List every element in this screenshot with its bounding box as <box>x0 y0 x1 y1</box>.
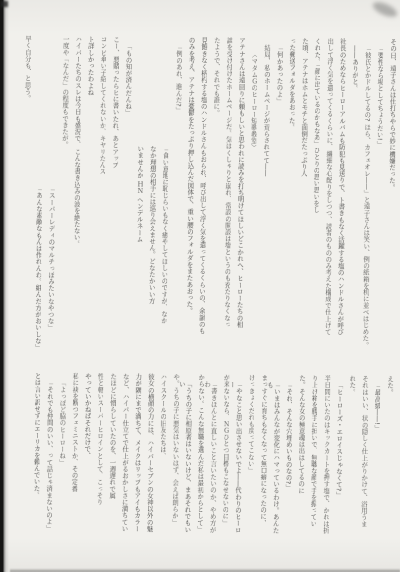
text-column: えた。 <box>379 376 393 540</box>
text-band-bottom: えた。「最高級――!」それはいい、状の隠しく仕上がりかけて、浴用うまれた。「ヒー… <box>12 372 393 539</box>
text-area: その日、遠子さんは仕打ちやらで妙に機嫌だった。「要性なら場としてちょうだい!」「… <box>12 35 396 539</box>
scan-speck-topleft <box>1 1 8 7</box>
text-band-top: その日、遠子さんは仕打ちやらで妙に機嫌だった。「要性なら場としてちょうだい!」「… <box>13 35 396 360</box>
scan-edge-left <box>0 0 9 572</box>
scan-smudge-topright <box>371 0 399 20</box>
scan-edge-bottom <box>10 568 400 572</box>
text-column: その日、遠子さんは仕打ちやらで妙に機嫌だった。 <box>381 39 396 361</box>
scanned-page: その日、遠子さんは仕打ちやらで妙に機嫌だった。「要性なら場としてちょうだい!」「… <box>0 0 400 572</box>
